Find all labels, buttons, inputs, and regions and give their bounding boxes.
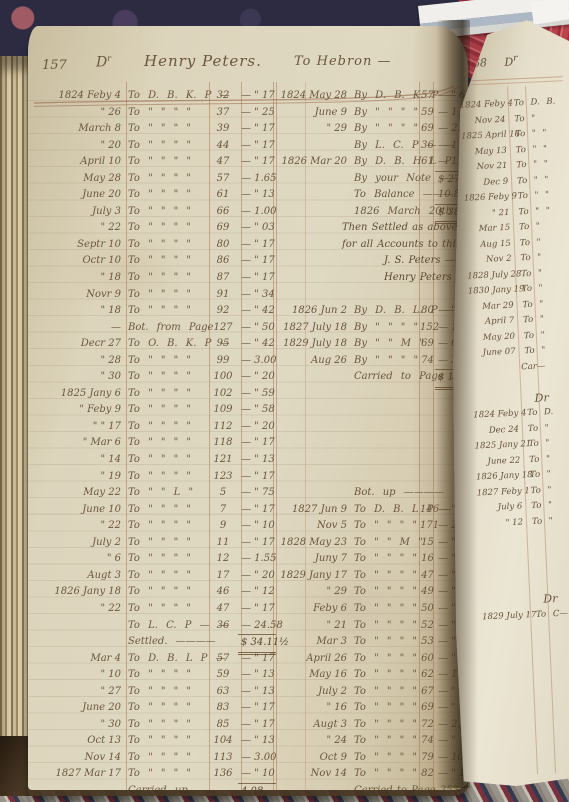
entry-date: Mar 4 <box>28 651 124 668</box>
ledger-row: Octr 10 To " " " " 86 — " 17 <box>28 253 278 270</box>
entry-description: By your Note ——— <box>350 171 420 189</box>
entry-date: " 18 <box>28 303 124 320</box>
entry-date: 1824 May 28 <box>278 88 350 105</box>
entry-description: To " " " " <box>124 303 208 320</box>
entry-date: Octr 10 <box>28 253 124 270</box>
entry-date: " 22 <box>28 220 124 237</box>
ledger-row: Nov 14 To " " " " 113 — 3.00 <box>28 750 278 767</box>
entry-description: To " " " " <box>124 584 208 601</box>
entry-description: To " " " " <box>124 750 208 767</box>
entry-description: To " " " " <box>350 584 420 601</box>
entry-date: Aug 26 <box>278 353 350 370</box>
entry-date: Oct 9 <box>278 750 350 767</box>
entry-description: Bot. up ———— <box>350 485 420 502</box>
entry-page-ref: 95 <box>208 336 238 353</box>
entry-amount: — " 10 <box>238 766 276 783</box>
entry-page-ref: 7 <box>208 502 238 519</box>
entry-description: Then Settled as above stat <box>338 220 420 237</box>
ledger-row: June 10 To " " " " 7 — " 17 <box>28 502 278 519</box>
entry-page-ref: 104 <box>208 733 238 750</box>
entry-description: To " " " " <box>124 369 208 386</box>
entry-description: To " " " " <box>350 750 420 767</box>
entry-date: Decr 27 <box>28 336 124 353</box>
ledger-row: " 30 To " " " " 100 — " 20 <box>28 369 278 386</box>
entry-description <box>350 402 420 419</box>
entry-page-ref: 39 <box>208 121 238 138</box>
entry-description: To " <box>526 513 569 530</box>
entry-date <box>278 452 350 469</box>
entry-page-ref: 102 <box>208 386 238 403</box>
entry-description: To O. B. K. P — <box>124 336 208 353</box>
entry-page-ref: 123 <box>208 469 238 486</box>
entry-date: Nov 5 <box>278 518 350 535</box>
entry-page-ref: 87 <box>208 270 238 287</box>
account-name: Henry Peters. <box>144 52 262 70</box>
entry-date: " 21 <box>278 618 350 635</box>
entry-amount: — 1.65 <box>238 171 276 188</box>
entry-page-ref: 86 <box>208 253 238 270</box>
entry-date: " 6 <box>28 551 124 568</box>
entry-description: To " " " " <box>350 717 420 734</box>
entry-description: To " " " " <box>124 419 208 436</box>
entry-date: " 22 <box>28 518 124 535</box>
entry-date <box>278 485 350 502</box>
entry-description <box>528 559 569 576</box>
entry-date: April 26 <box>278 651 350 668</box>
entry-date: " 26 <box>28 105 124 122</box>
entry-description: To " " " " <box>124 138 208 155</box>
entry-page-ref: 5 <box>208 485 238 502</box>
entry-page-ref: 44 <box>208 138 238 155</box>
ledger-row: July 3 To " " " " 66 — 1.00 <box>28 204 278 221</box>
account-place: To Hebron — <box>294 54 392 69</box>
entry-description: To " " " " <box>124 551 208 568</box>
entry-date <box>278 187 350 204</box>
entry-amount: — " 25 <box>238 105 276 122</box>
entry-amount: — " 13 <box>238 187 276 204</box>
ledger-row: March 8 To " " " " 39 — " 17 <box>28 121 278 138</box>
entry-page-ref: 118 <box>208 435 238 452</box>
entry-description: To D. B. L P — <box>124 651 208 668</box>
entry-amount: — " 20 <box>238 369 276 386</box>
entry-page-ref: 47 <box>208 154 238 171</box>
entry-description: To " " " " <box>124 568 208 585</box>
entry-description: To " " " " <box>350 684 420 701</box>
entry-description: To D. B. L P — <box>350 502 420 519</box>
entry-amount: — " 17 <box>238 435 276 452</box>
entry-date: " 29 <box>278 121 350 138</box>
entry-description: By L. C. P — — <box>350 138 420 155</box>
entry-page-ref: 59 <box>208 667 238 684</box>
entry-date: " 22 <box>28 601 124 618</box>
entry-page-ref: 85 <box>208 717 238 734</box>
entry-description: To " " " " <box>124 518 208 535</box>
entry-page-ref: 109 <box>208 402 238 419</box>
entry-amount: — " 17 <box>238 651 276 668</box>
entry-date: 1828 May 23 <box>278 535 350 552</box>
entry-date: " 19 <box>28 469 124 486</box>
entry-date: May 28 <box>28 171 124 188</box>
ledger-row: " 28 To " " " " 99 — 3.00 <box>28 353 278 370</box>
entry-description: To " " " " <box>350 551 420 568</box>
entry-date <box>278 171 350 189</box>
ledger-row: " 18 To " " " " 87 — " 17 <box>28 270 278 287</box>
ledger-row: 1826 Jany 18 To " " " " 46 — " 12 <box>28 584 278 601</box>
entry-page-ref: 113 <box>208 750 238 767</box>
ledger-row: May 28 To " " " " 57 — 1.65 <box>28 171 278 188</box>
entry-page-ref: 91 <box>208 287 238 304</box>
entry-date: Augt 3 <box>278 717 350 734</box>
entry-amount: — " 17 <box>238 138 276 155</box>
entry-description <box>350 452 420 469</box>
entry-description: To " " " " <box>350 700 420 717</box>
ledger-row: " 20 To " " " " 44 — " 17 <box>28 138 278 155</box>
entry-page-ref: 80 <box>208 237 238 254</box>
entry-date <box>28 783 124 790</box>
entry-description: To " " " " <box>124 121 208 138</box>
entry-page-ref: 83 <box>208 700 238 717</box>
entry-description: To " " " " <box>350 733 420 750</box>
entry-description: By D. B. K. P — <box>350 88 420 105</box>
entry-page-ref: 69 <box>208 220 238 237</box>
entry-description <box>350 469 420 486</box>
entry-date: June 10 <box>28 502 124 519</box>
ledger-row: " 10 To " " " " 59 — " 13 <box>28 667 278 684</box>
entry-date: Augt 3 <box>28 568 124 585</box>
entry-date: " " 17 <box>28 419 124 436</box>
entry-description: To " " " " <box>124 717 208 734</box>
entry-date: Nov 14 <box>278 766 350 783</box>
entry-description: To " " " " <box>124 220 208 237</box>
entry-amount: — " 13 <box>238 452 276 469</box>
entry-description: To " " " " <box>124 667 208 684</box>
entry-description: To " " " " <box>350 618 420 635</box>
entry-page-ref: 11 <box>208 535 238 552</box>
ledger-left-page: 157 Dr Henry Peters. To Hebron — 1824 Fe… <box>28 26 468 790</box>
entry-date: " 14 <box>28 452 124 469</box>
ledger-row: 1827 Mar 17 To " " " " 136 — " 10 <box>28 766 278 783</box>
ledger-row: " 14 To " " " " 121 — " 13 <box>28 452 278 469</box>
ledger-row: " " 17 To " " " " 112 — " 20 <box>28 419 278 436</box>
entry-description: Henry Peters <box>350 270 420 287</box>
entry-amount: — " 17 <box>238 469 276 486</box>
entry-date: 1827 Mar 17 <box>28 766 124 783</box>
entry-description: Carried to Page 353 ———— <box>350 783 420 790</box>
entry-date: 1826 Jun 2 <box>278 303 350 320</box>
entry-description: To C— <box>530 606 569 623</box>
entry-date: March 8 <box>28 121 124 138</box>
entry-description: To " " " " <box>350 568 420 585</box>
entry-amount: — " 17 <box>238 237 276 254</box>
entry-description: To D. B. K. P — <box>124 88 208 105</box>
entry-date: " 24 <box>278 733 350 750</box>
ledger-row: " Mar 6 To " " " " 118 — " 17 <box>28 435 278 452</box>
debit-abbreviation: Dr <box>504 55 518 69</box>
entry-amount: — " 34 <box>238 287 276 304</box>
entry-amount: — " 17 <box>238 700 276 717</box>
entry-page-ref: 100 <box>208 369 238 386</box>
entry-date: — <box>28 320 124 337</box>
entry-description: Carried up ———— <box>124 783 208 790</box>
entry-description: for all Accounts to this date <box>338 237 420 254</box>
entry-description <box>528 575 569 592</box>
entry-description: To " " " " <box>124 766 208 783</box>
entry-date <box>278 402 350 419</box>
entry-description: To " " " " <box>350 634 420 651</box>
debit-abbreviation: Dr <box>96 54 111 71</box>
ledger-row: 1824 Feby 4 To D. B. K. P — 32 — " 17 <box>28 88 278 105</box>
entry-date: July 3 <box>28 204 124 221</box>
entry-description: To " " " " <box>124 105 208 122</box>
entry-date: 1826 Mar 20 <box>278 154 350 171</box>
ledger-row: Oct 13 To " " " " 104 — " 13 <box>28 733 278 750</box>
entry-page-ref <box>208 783 238 790</box>
entry-description: Bot. from Page <box>124 320 208 337</box>
entry-date: June 20 <box>28 700 124 717</box>
entry-description: To " " " " <box>124 204 208 221</box>
ledger-row: " 18 To " " " " 92 — " 42 <box>28 303 278 320</box>
entry-date: 1826 Jany 18 <box>28 584 124 601</box>
entry-date <box>28 618 124 635</box>
entry-date: " 27 <box>28 684 124 701</box>
entry-description <box>350 287 420 304</box>
entry-description: To " " " " <box>124 502 208 519</box>
entry-date: " 18 <box>28 270 124 287</box>
entry-amount: — " 50 <box>238 320 276 337</box>
entry-description: To " " " " <box>350 518 420 535</box>
ledger-row: April 10 To " " " " 47 — " 17 <box>28 154 278 171</box>
page-header: 157 Dr Henry Peters. To Hebron — <box>28 46 468 94</box>
entry-date <box>278 435 350 452</box>
entry-date: " 10 <box>28 667 124 684</box>
entry-date: " 16 <box>278 700 350 717</box>
entry-description: To " " " " <box>124 386 208 403</box>
entry-description: To " " " " <box>124 154 208 171</box>
entry-description: To " " " " <box>124 435 208 452</box>
entry-page-ref: 12 <box>208 551 238 568</box>
entry-date: " Feby 9 <box>28 402 124 419</box>
entry-amount: — " 17 <box>238 717 276 734</box>
entry-date <box>278 138 350 155</box>
entry-description: To " " " " <box>124 287 208 304</box>
entry-description: By " " " " <box>350 121 420 138</box>
ledger-row: Augt 3 To " " " " 17 — " 20 <box>28 568 278 585</box>
entry-page-ref: 57 <box>208 651 238 668</box>
entry-page-ref: 32 <box>208 88 238 105</box>
entry-page-ref: 92 <box>208 303 238 320</box>
entry-description: To " " " " <box>124 452 208 469</box>
ledger-row: Mar 4 To D. B. L P — 57 — " 17 <box>28 651 278 668</box>
entry-description: To " " " " <box>124 684 208 701</box>
ledger-row: June 20 To " " " " 61 — " 13 <box>28 187 278 204</box>
entry-date: " Mar 6 <box>28 435 124 452</box>
ledger-row: " 26 To " " " " 37 — " 25 <box>28 105 278 122</box>
ledger-right-page: 168 Dr 1824 Feby 4 To D. B. Nov 24 To " <box>452 18 569 786</box>
entry-description: To " " " " <box>124 733 208 750</box>
entry-amount: — " 12 <box>238 584 276 601</box>
entry-date: June 9 <box>278 105 350 122</box>
entry-description: To " " " " <box>124 535 208 552</box>
entry-description: By D. B. H L P " <box>350 154 420 171</box>
entry-date <box>278 469 350 486</box>
ledger-row: " Feby 9 To " " " " 109 — " 58 <box>28 402 278 419</box>
ledger-row: " 19 To " " " " 123 — " 17 <box>28 469 278 486</box>
entry-description: To Balance ——— <box>350 187 420 204</box>
entry-description: By " " M " <box>350 336 420 353</box>
ledger-row: To L. C. P — — 36 — 24.58 <box>28 618 278 635</box>
entry-date: Juny 7 <box>278 551 350 568</box>
entry-amount: — " 42 <box>238 336 276 353</box>
entry-description: To " " " " <box>350 766 420 783</box>
entry-page-ref: 57 <box>208 171 238 188</box>
entry-date: Feby 6 <box>278 601 350 618</box>
entry-description: By " " " " <box>350 320 420 337</box>
entry-amount: — " 17 <box>238 601 276 618</box>
entry-amount: — " 17 <box>238 121 276 138</box>
ledger-row: 1829 July 17 To C— <box>482 605 569 625</box>
entry-amount: 4.08 <box>238 783 276 790</box>
debit-column: 1824 Feby 4 To D. B. K. P — 32 — " 17 " … <box>28 88 278 790</box>
ledger-row: May 22 To " " L " 5 — " 75 <box>28 485 278 502</box>
entry-amount: — " 17 <box>238 270 276 287</box>
entry-date: " 30 <box>28 717 124 734</box>
entry-date: April 10 <box>28 154 124 171</box>
ledger-row: Carried up ———— 4.08 <box>28 783 278 790</box>
entry-description: To " " L " <box>124 485 208 502</box>
entry-amount: — 3.00 <box>238 353 276 370</box>
entry-date <box>278 419 350 436</box>
entry-date: " 28 <box>28 353 124 370</box>
entry-description: To " " " " <box>124 270 208 287</box>
entry-amount: — " 17 <box>238 88 276 105</box>
entry-date <box>278 270 350 287</box>
entry-page-ref: 112 <box>208 419 238 436</box>
entry-date: 1824 Feby 4 <box>28 88 124 105</box>
ledger-row: June 20 To " " " " 83 — " 17 <box>28 700 278 717</box>
ledger-row: July 2 To " " " " 11 — " 17 <box>28 535 278 552</box>
entry-amount: — " 17 <box>238 535 276 552</box>
ledger-row: — Bot. from Page 127 — " 50 <box>28 320 278 337</box>
entry-amount: — " 13 <box>238 733 276 750</box>
entry-description <box>526 528 569 545</box>
entry-amount: — " 20 <box>238 568 276 585</box>
ledger-row: " 6 To " " " " 12 — 1.55 <box>28 551 278 568</box>
entry-description: Dr <box>529 590 569 607</box>
entry-description <box>350 386 420 403</box>
entry-date: May 22 <box>28 485 124 502</box>
ledger-row: " 22 To " " " " 47 — " 17 <box>28 601 278 618</box>
entry-page-ref: 136 <box>208 766 238 783</box>
entry-page-ref: 36 <box>208 618 238 635</box>
entry-description: To " " " " <box>124 187 208 204</box>
entry-description: To " " " " <box>350 601 420 618</box>
entry-date: July 2 <box>28 535 124 552</box>
entry-date: " 30 <box>28 369 124 386</box>
entry-date: Septr 10 <box>28 237 124 254</box>
entry-description: J. S. Peters — <box>350 253 420 270</box>
entry-date: 1829 July 17 <box>482 608 531 626</box>
ledger-row: 1825 Jany 6 To " " " " 102 — " 59 <box>28 386 278 403</box>
entry-page-ref: 46 <box>208 584 238 601</box>
entry-page-ref: 47 <box>208 601 238 618</box>
entry-date: 1829 Jany 17 <box>278 568 350 585</box>
entry-date: May 16 <box>278 667 350 684</box>
entry-date: 1825 Jany 6 <box>28 386 124 403</box>
entry-page-ref: 9 <box>208 518 238 535</box>
entry-page-ref: 63 <box>208 684 238 701</box>
entry-amount: — 3.00 <box>238 750 276 767</box>
entry-amount: — 1.55 <box>238 551 276 568</box>
entry-description <box>350 435 420 452</box>
entry-description: To " " " " <box>124 353 208 370</box>
entry-amount: — " 03 <box>238 220 276 237</box>
entry-description: By " " " " <box>350 353 420 370</box>
entry-description: To L. C. P — — <box>124 618 208 635</box>
entry-page-ref: 127 <box>208 320 238 337</box>
entry-page-ref: 17 <box>208 568 238 585</box>
header-underline <box>459 76 563 86</box>
entry-page-ref: 121 <box>208 452 238 469</box>
entry-description: To " " " " <box>350 651 420 668</box>
entry-date <box>278 386 350 403</box>
entry-date: Novr 9 <box>28 287 124 304</box>
entry-page-ref: 61 <box>208 187 238 204</box>
entry-date: " 20 <box>28 138 124 155</box>
entry-date: Mar 3 <box>278 634 350 651</box>
entry-description <box>350 419 420 436</box>
ledger-row: Decr 27 To O. B. K. P — 95 — " 42 <box>28 336 278 353</box>
entry-description: To " " " " <box>124 237 208 254</box>
entry-amount: — " 17 <box>238 502 276 519</box>
entry-description: To " " " " <box>124 171 208 188</box>
entry-amount: — " 17 <box>238 253 276 270</box>
entry-date <box>278 783 350 790</box>
entry-amount: — " 20 <box>238 419 276 436</box>
entry-page-ref: 37 <box>208 105 238 122</box>
entry-description: To " " " " <box>124 469 208 486</box>
entry-description: To " " " " <box>124 700 208 717</box>
entry-page-ref: 66 <box>208 204 238 221</box>
entry-date <box>278 287 350 304</box>
ledger-row: " 30 To " " " " 85 — " 17 <box>28 717 278 734</box>
entry-description: To " " " " <box>350 667 420 684</box>
page-number: 157 <box>42 58 67 73</box>
entry-description: To " " " " <box>124 601 208 618</box>
entry-date: 1827 July 18 <box>278 320 350 337</box>
ledger-row: Novr 9 To " " " " 91 — " 34 <box>28 287 278 304</box>
entry-description <box>527 544 569 561</box>
entry-date: Oct 13 <box>28 733 124 750</box>
entry-date: June 20 <box>28 187 124 204</box>
ledger-row: Settled. ———— $ 34.11½ <box>28 634 278 651</box>
entry-date: July 2 <box>278 684 350 701</box>
entry-amount: — " 59 <box>238 386 276 403</box>
ledger-photo-scene: 157 Dr Henry Peters. To Hebron — 1824 Fe… <box>0 0 569 802</box>
entry-amount: — " 42 <box>238 303 276 320</box>
entry-amount: — " 75 <box>238 485 276 502</box>
entry-date: Nov 14 <box>28 750 124 767</box>
ledger-row: " 22 To " " " " 69 — " 03 <box>28 220 278 237</box>
entry-date: 1827 Jun 9 <box>278 502 350 519</box>
entry-amount: — " 58 <box>238 402 276 419</box>
entry-date: " 29 <box>278 584 350 601</box>
entry-amount: — 1.00 <box>238 204 276 221</box>
ledger-row: Septr 10 To " " " " 80 — " 17 <box>28 237 278 254</box>
entry-amount: — " 10 <box>238 518 276 535</box>
entry-page-ref: 99 <box>208 353 238 370</box>
ledger-row: " 27 To " " " " 63 — " 13 <box>28 684 278 701</box>
entry-amount: — " 17 <box>238 154 276 171</box>
